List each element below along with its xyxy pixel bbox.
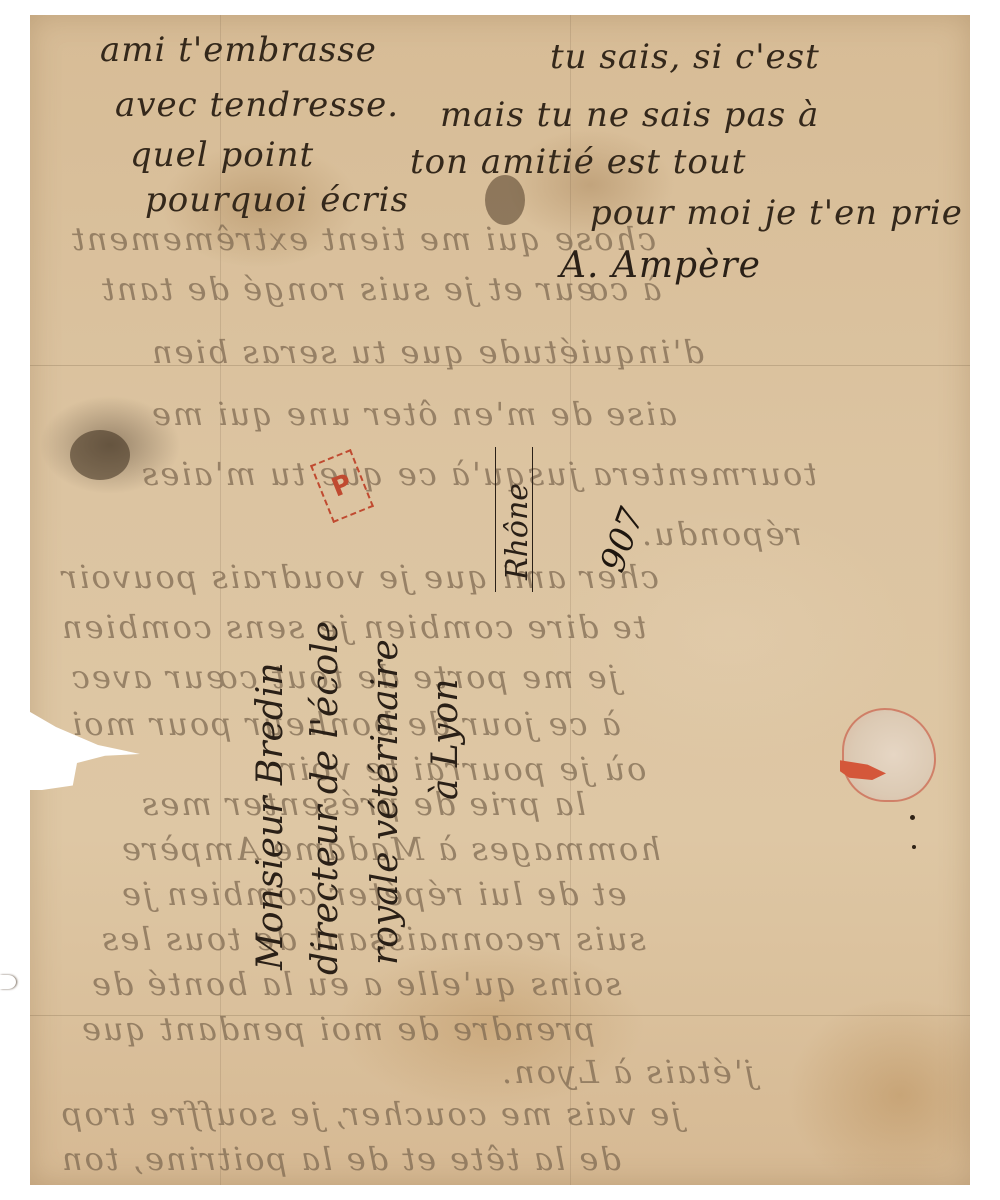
bleed-line: j'étais à Lyon. — [500, 1053, 754, 1091]
bleed-line: je vais me coucher, je souffre trop — [60, 1095, 681, 1133]
address-line: à Lyon — [425, 679, 466, 800]
torn-edge — [0, 975, 16, 989]
address-block: Monsieur Bredin directeur de l'école roy… — [230, 470, 490, 990]
letter-line: ami t'embrasse — [100, 30, 377, 70]
ink-stain — [70, 430, 130, 480]
bleed-line: de la tête et de la poitrine, ton — [60, 1140, 621, 1178]
department-label: Rhône — [500, 483, 535, 580]
letter-line: pourquoi écris — [145, 180, 409, 220]
bleed-line: aise de m'en ôter une qui me — [150, 395, 677, 433]
bleed-line: répondu. — [640, 515, 802, 553]
ink-dot — [912, 845, 916, 849]
letter-line: ton amitié est tout — [410, 142, 746, 182]
letter-line: pour moi je t'en prie — [590, 193, 963, 233]
address-line: directeur de l'école — [305, 621, 346, 975]
letter-line: avec tendresse. — [115, 85, 399, 125]
ink-dot — [910, 815, 915, 820]
letter-line: tu sais, si c'est — [550, 37, 820, 77]
letter-line: quel point — [130, 135, 314, 175]
bleed-line: prendre de moi pendant que — [80, 1010, 595, 1048]
letter-paper: chose qui me tient extrêmement à cœur et… — [30, 15, 970, 1185]
bleed-line: d'inquiétude que tu seras bien — [150, 333, 704, 371]
letter-line: mais tu ne sais pas à — [440, 95, 819, 135]
address-line: royale vétérinaire — [365, 639, 406, 965]
signature: A. Ampère — [560, 245, 761, 286]
address-line: Monsieur Bredin — [250, 662, 291, 970]
ink-stain — [485, 175, 525, 225]
